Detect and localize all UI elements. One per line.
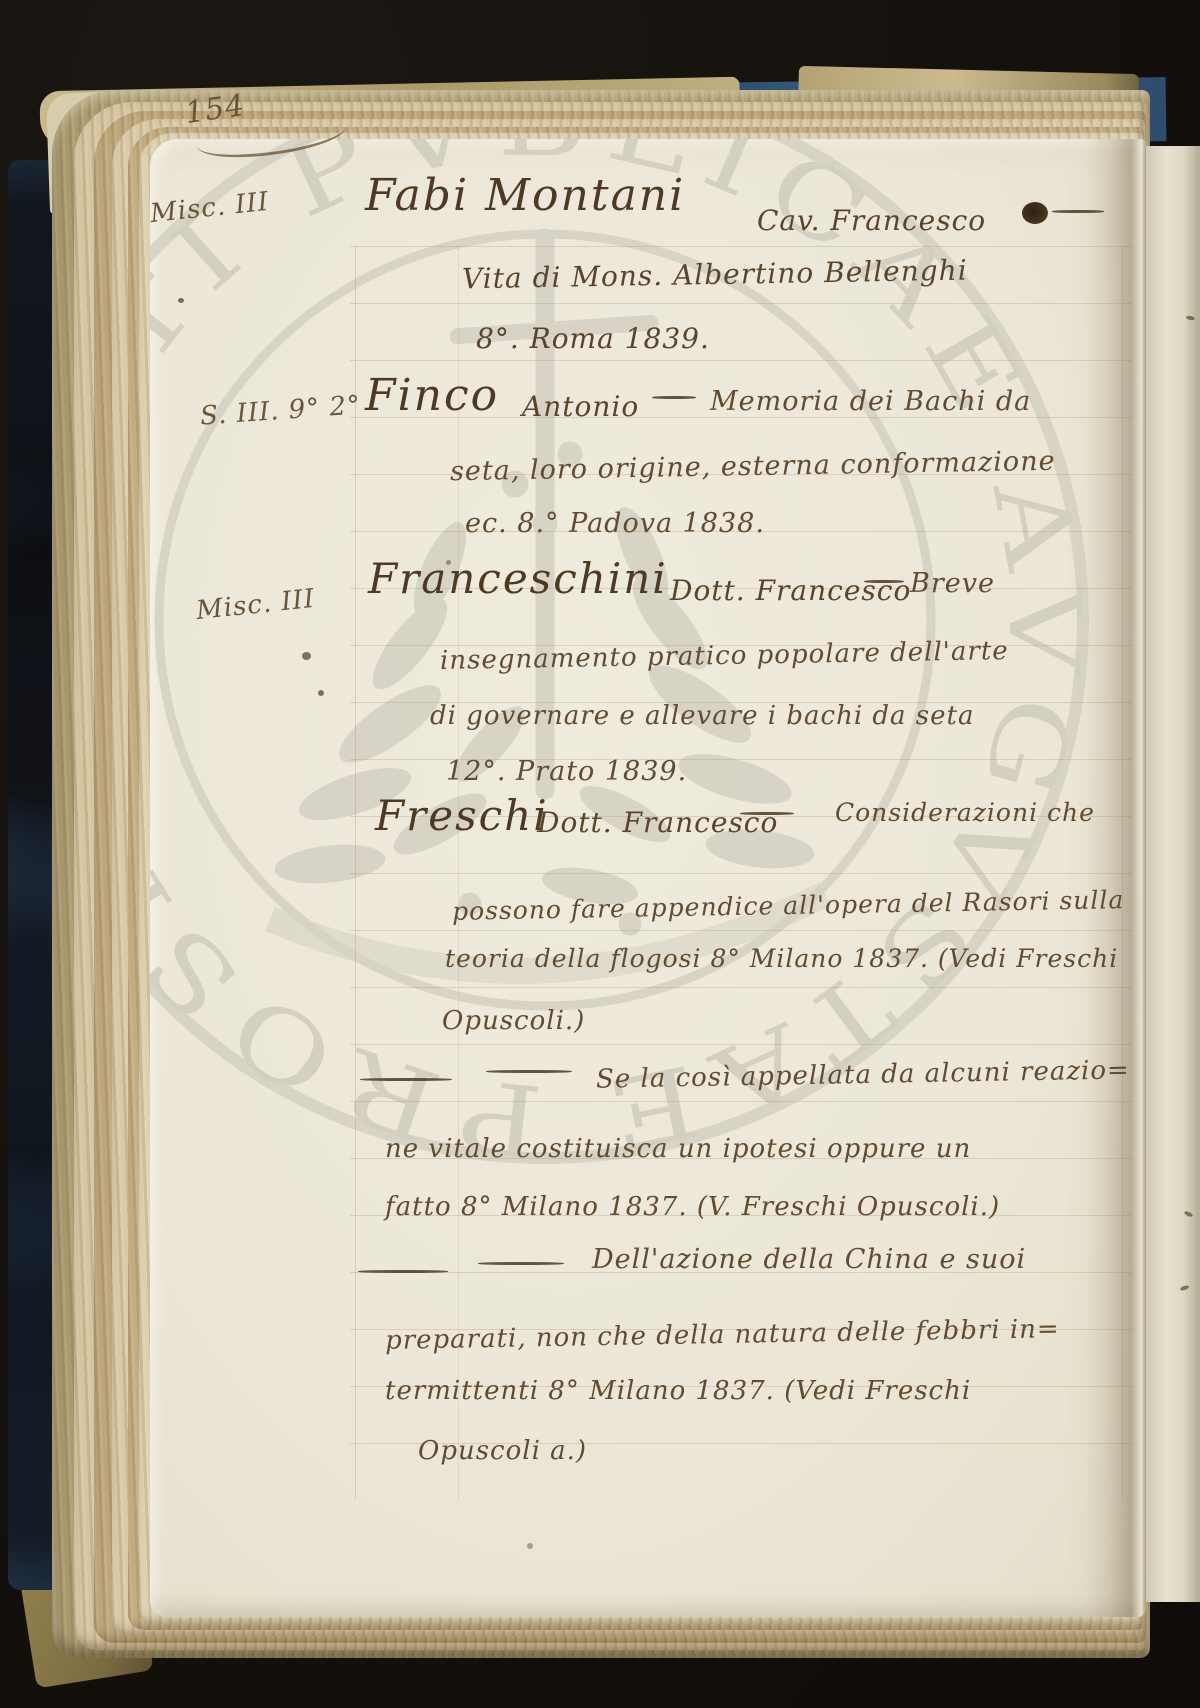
manuscript-page: PROSPERITATI PVBLICAE AVGVSTAE <box>150 139 1146 1617</box>
manuscript-photo: PROSPERITATI PVBLICAE AVGVSTAE <box>0 0 1200 1708</box>
next-page-edge <box>1146 146 1200 1602</box>
page-curl-shading <box>1086 139 1146 1617</box>
ledger-ruling-horizontal <box>350 246 1132 1500</box>
ledger-ruling-vertical <box>458 246 459 1500</box>
next-page-ink-mark <box>1184 1210 1194 1217</box>
ledger-ruling-vertical <box>355 246 356 1500</box>
next-page-ink-mark <box>1186 315 1196 321</box>
next-page-ink-mark <box>1180 1285 1190 1292</box>
